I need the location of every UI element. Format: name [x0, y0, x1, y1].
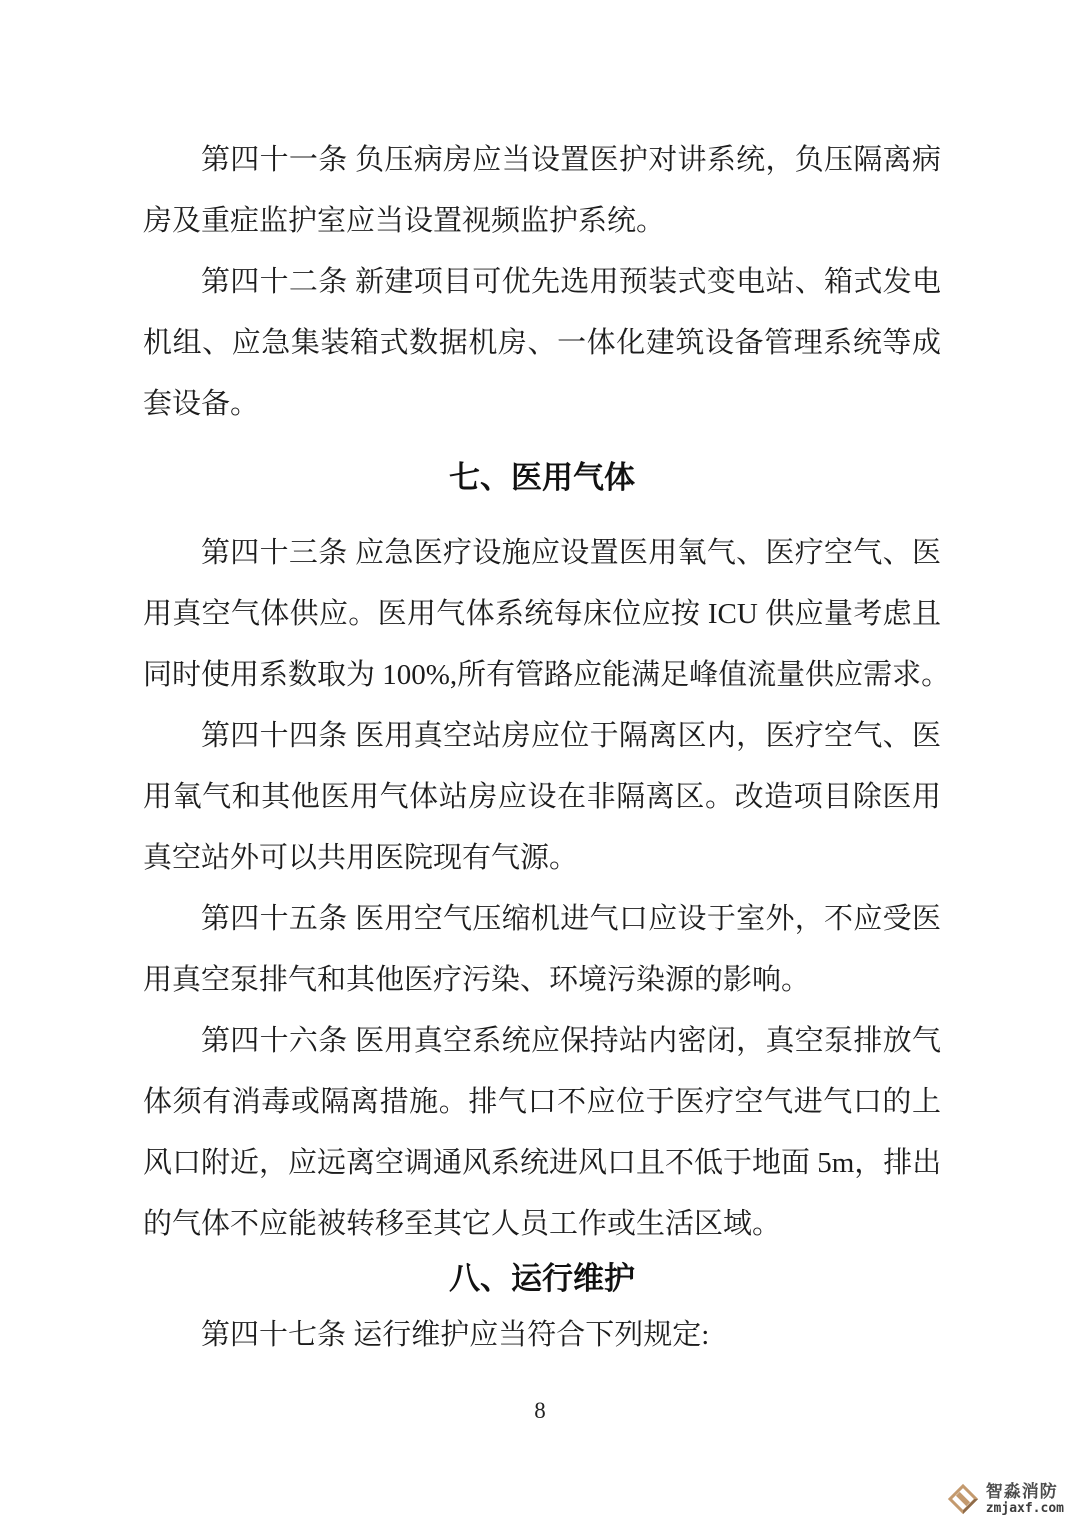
document-line: 第四十六条 医用真空系统应保持站内密闭，真空泵排放气 — [143, 1011, 941, 1072]
zmjaxf-logo-icon — [946, 1482, 980, 1516]
document-line: 套设备。 — [143, 374, 941, 435]
document-line: 机组、应急集装箱式数据机房、一体化建筑设备管理系统等成 — [143, 313, 941, 374]
document-line: 体须有消毒或隔离措施。排气口不应位于医疗空气进气口的上 — [143, 1072, 941, 1133]
paragraph: 第四十七条 运行维护应当符合下列规定: — [143, 1305, 941, 1366]
paragraph: 第四十二条 新建项目可优先选用预装式变电站、箱式发电机组、应急集装箱式数据机房、… — [143, 252, 941, 435]
page-number: 8 — [0, 1396, 1080, 1426]
watermark-brand: 智淼消防 — [986, 1483, 1064, 1500]
document-line: 第四十三条 应急医疗设施应设置医用氧气、医疗空气、医 — [143, 523, 941, 584]
document-line: 同时使用系数取为 100%,所有管路应能满足峰值流量供应需求。 — [143, 645, 941, 706]
document-line: 房及重症监护室应当设置视频监护系统。 — [143, 191, 941, 252]
document-line: 第四十七条 运行维护应当符合下列规定: — [143, 1305, 941, 1366]
document-line: 用真空泵排气和其他医疗污染、环境污染源的影响。 — [143, 950, 941, 1011]
watermark-domain: zmjaxf.com — [986, 1502, 1064, 1515]
watermark-text: 智淼消防 zmjaxf.com — [986, 1483, 1064, 1515]
watermark: 智淼消防 zmjaxf.com — [946, 1482, 1064, 1516]
paragraph: 第四十六条 医用真空系统应保持站内密闭，真空泵排放气体须有消毒或隔离措施。排气口… — [143, 1011, 941, 1255]
document-line: 第四十五条 医用空气压缩机进气口应设于室外，不应受医 — [143, 889, 941, 950]
document-line: 风口附近，应远离空调通风系统进风口且不低于地面 5m，排出 — [143, 1133, 941, 1194]
paragraph: 第四十五条 医用空气压缩机进气口应设于室外，不应受医用真空泵排气和其他医疗污染、… — [143, 889, 941, 1011]
document-line: 第四十四条 医用真空站房应位于隔离区内，医疗空气、医 — [143, 706, 941, 767]
section-heading: 七、医用气体 — [143, 447, 941, 509]
paragraph: 第四十四条 医用真空站房应位于隔离区内，医疗空气、医用氧气和其他医用气体站房应设… — [143, 706, 941, 889]
document-line: 第四十一条 负压病房应当设置医护对讲系统，负压隔离病 — [143, 130, 941, 191]
paragraph: 第四十三条 应急医疗设施应设置医用氧气、医疗空气、医用真空气体供应。医用气体系统… — [143, 523, 941, 706]
document-page: 第四十一条 负压病房应当设置医护对讲系统，负压隔离病房及重症监护室应当设置视频监… — [0, 0, 1080, 1526]
paragraph: 第四十一条 负压病房应当设置医护对讲系统，负压隔离病房及重症监护室应当设置视频监… — [143, 130, 941, 252]
document-body: 第四十一条 负压病房应当设置医护对讲系统，负压隔离病房及重症监护室应当设置视频监… — [143, 130, 941, 1366]
section-heading: 八、运行维护 — [143, 1253, 941, 1305]
document-line: 真空站外可以共用医院现有气源。 — [143, 828, 941, 889]
document-line: 的气体不应能被转移至其它人员工作或生活区域。 — [143, 1194, 941, 1255]
document-line: 用氧气和其他医用气体站房应设在非隔离区。改造项目除医用 — [143, 767, 941, 828]
document-line: 用真空气体供应。医用气体系统每床位应按 ICU 供应量考虑且 — [143, 584, 941, 645]
document-line: 第四十二条 新建项目可优先选用预装式变电站、箱式发电 — [143, 252, 941, 313]
